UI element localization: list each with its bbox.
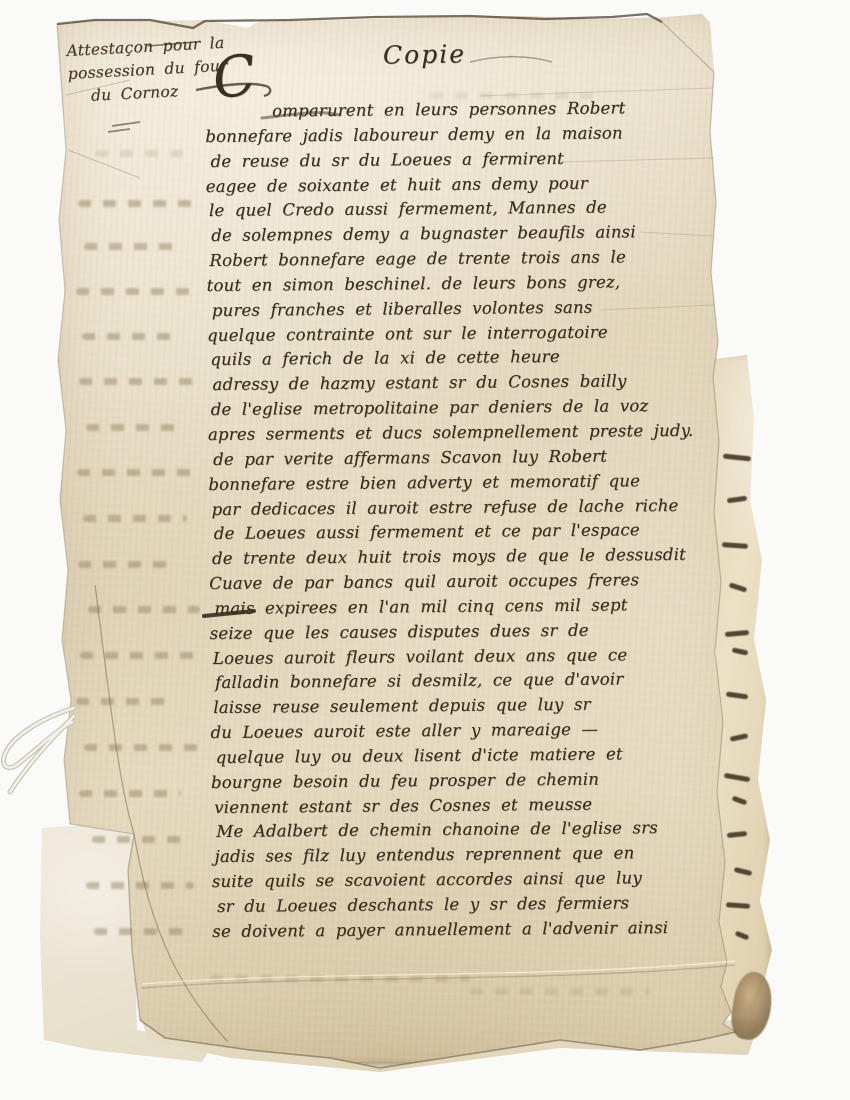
manuscript-text-line: seize que les causes disputes dues sr de	[210, 617, 730, 646]
ghost-mark	[210, 975, 470, 982]
margin-note: Attestaçon pour la possession du four du…	[66, 32, 230, 109]
ghost-mark	[86, 882, 194, 889]
manuscript-text-line: se doivent a payer annuellement a l'adve…	[212, 915, 732, 944]
manuscript-text-line: eagee de soixante et huit ans demy pour	[206, 170, 726, 199]
ghost-mark	[84, 744, 198, 751]
manuscript-text-line: adressy de hazmy estant sr du Cosnes bai…	[212, 369, 732, 398]
verso-ink-fragment	[734, 867, 753, 876]
ghost-mark	[78, 200, 193, 207]
ghost-mark	[80, 652, 200, 659]
ghost-mark	[84, 243, 179, 250]
binding-thread-outline	[3, 708, 74, 792]
verso-ink-fragment	[735, 931, 750, 941]
ghost-mark	[79, 790, 181, 797]
scan-background: Attestaçon pour la possession du four du…	[0, 0, 850, 1100]
body-text: omparurent en leurs personnes Robertbonn…	[208, 95, 735, 944]
ghost-mark	[94, 928, 190, 935]
ghost-mark	[79, 378, 197, 385]
ghost-mark	[92, 836, 182, 843]
ghost-mark	[83, 515, 187, 522]
ghost-mark	[77, 469, 199, 476]
document-title: Copie	[383, 39, 466, 69]
manuscript-text-line: de Loeues aussi fermement et ce par l'es…	[214, 518, 734, 547]
manuscript-text-line: falladin bonnefare si desmilz, ce que d'…	[215, 667, 735, 696]
ghost-mark	[88, 606, 200, 613]
ghost-mark	[76, 698, 174, 705]
manuscript-text-line: Me Adalbert de chemin chanoine de l'egli…	[216, 816, 736, 845]
ghost-mark	[82, 333, 182, 340]
ghost-mark	[95, 150, 185, 157]
ghost-mark	[76, 288, 201, 295]
ghost-mark	[86, 424, 178, 431]
binding-thread	[3, 708, 74, 792]
verso-ink-fragment	[732, 647, 749, 655]
manuscript-text-line: de solempnes demy a bugnaster beaufils a…	[211, 220, 731, 249]
manuscript-text-line: bonnefare estre bien adverty et memorati…	[208, 468, 728, 497]
manuscript-text-line: quelque contrainte ont sur le interrogat…	[207, 319, 727, 348]
manuscript-text-line: bourgne besoin du feu prosper de chemin	[211, 766, 731, 795]
ghost-mark	[78, 561, 174, 568]
ghost-mark	[470, 988, 650, 995]
